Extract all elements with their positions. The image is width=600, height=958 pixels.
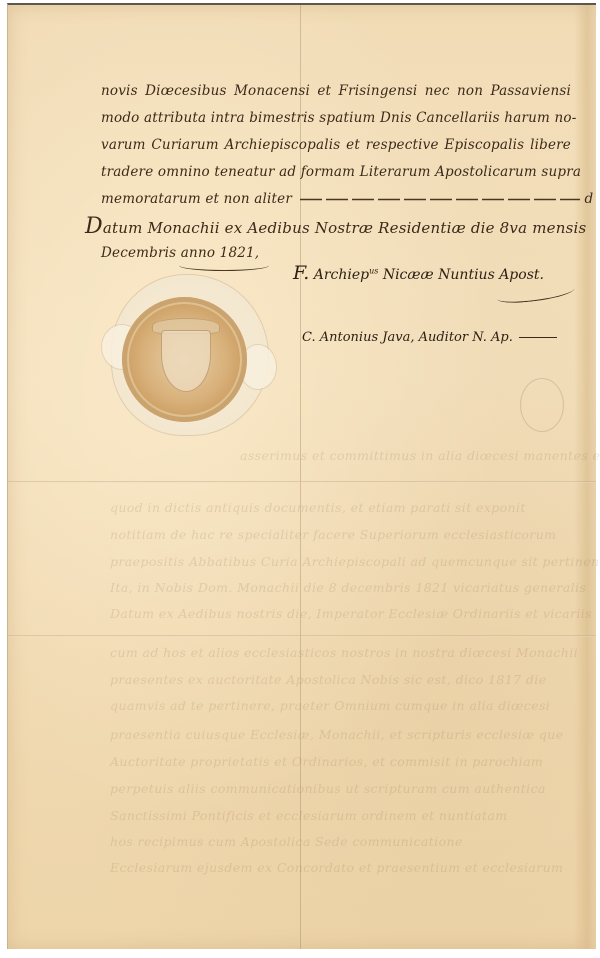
- body-line-text: memoratarum et non aliter: [101, 191, 292, 207]
- auditor-signature: C. Antonius Java, Auditor N. Ap.: [302, 330, 557, 345]
- nuncio-signature: F. Archiepus Nicææ Nuntius Apost.: [293, 262, 544, 284]
- date-text: Decembris anno 1821,: [101, 245, 259, 261]
- body-line: novis Diœcesibus Monacensi et Frisingens…: [101, 78, 571, 105]
- body-line: tradere omnino teneatur ad formam Litera…: [101, 159, 571, 186]
- signature-dash: [519, 337, 557, 338]
- manuscript-body: novis Diœcesibus Monacensi et Frisingens…: [101, 78, 571, 267]
- body-line: modo attributa intra bimestris spatium D…: [101, 105, 571, 132]
- body-line-last: memoratarum et non aliter d: [101, 186, 571, 213]
- horizontal-fold-line: [8, 481, 596, 483]
- line-end-mark: d: [585, 191, 594, 207]
- body-line: varum Curiarum Archiepiscopalis et respe…: [101, 132, 571, 159]
- page-edge-shadow: [574, 5, 596, 949]
- horizontal-fold-line: [8, 635, 596, 637]
- datum-text: atum Monachii ex Aedibus Nostræ Resident…: [103, 219, 587, 237]
- datum-initial: D: [85, 214, 103, 239]
- datum-line: Datum Monachii ex Aedibus Nostræ Residen…: [85, 213, 571, 240]
- faint-stamp-mark: [520, 378, 564, 432]
- line-filler-dashes: [300, 196, 580, 204]
- date-flourish: [179, 260, 269, 271]
